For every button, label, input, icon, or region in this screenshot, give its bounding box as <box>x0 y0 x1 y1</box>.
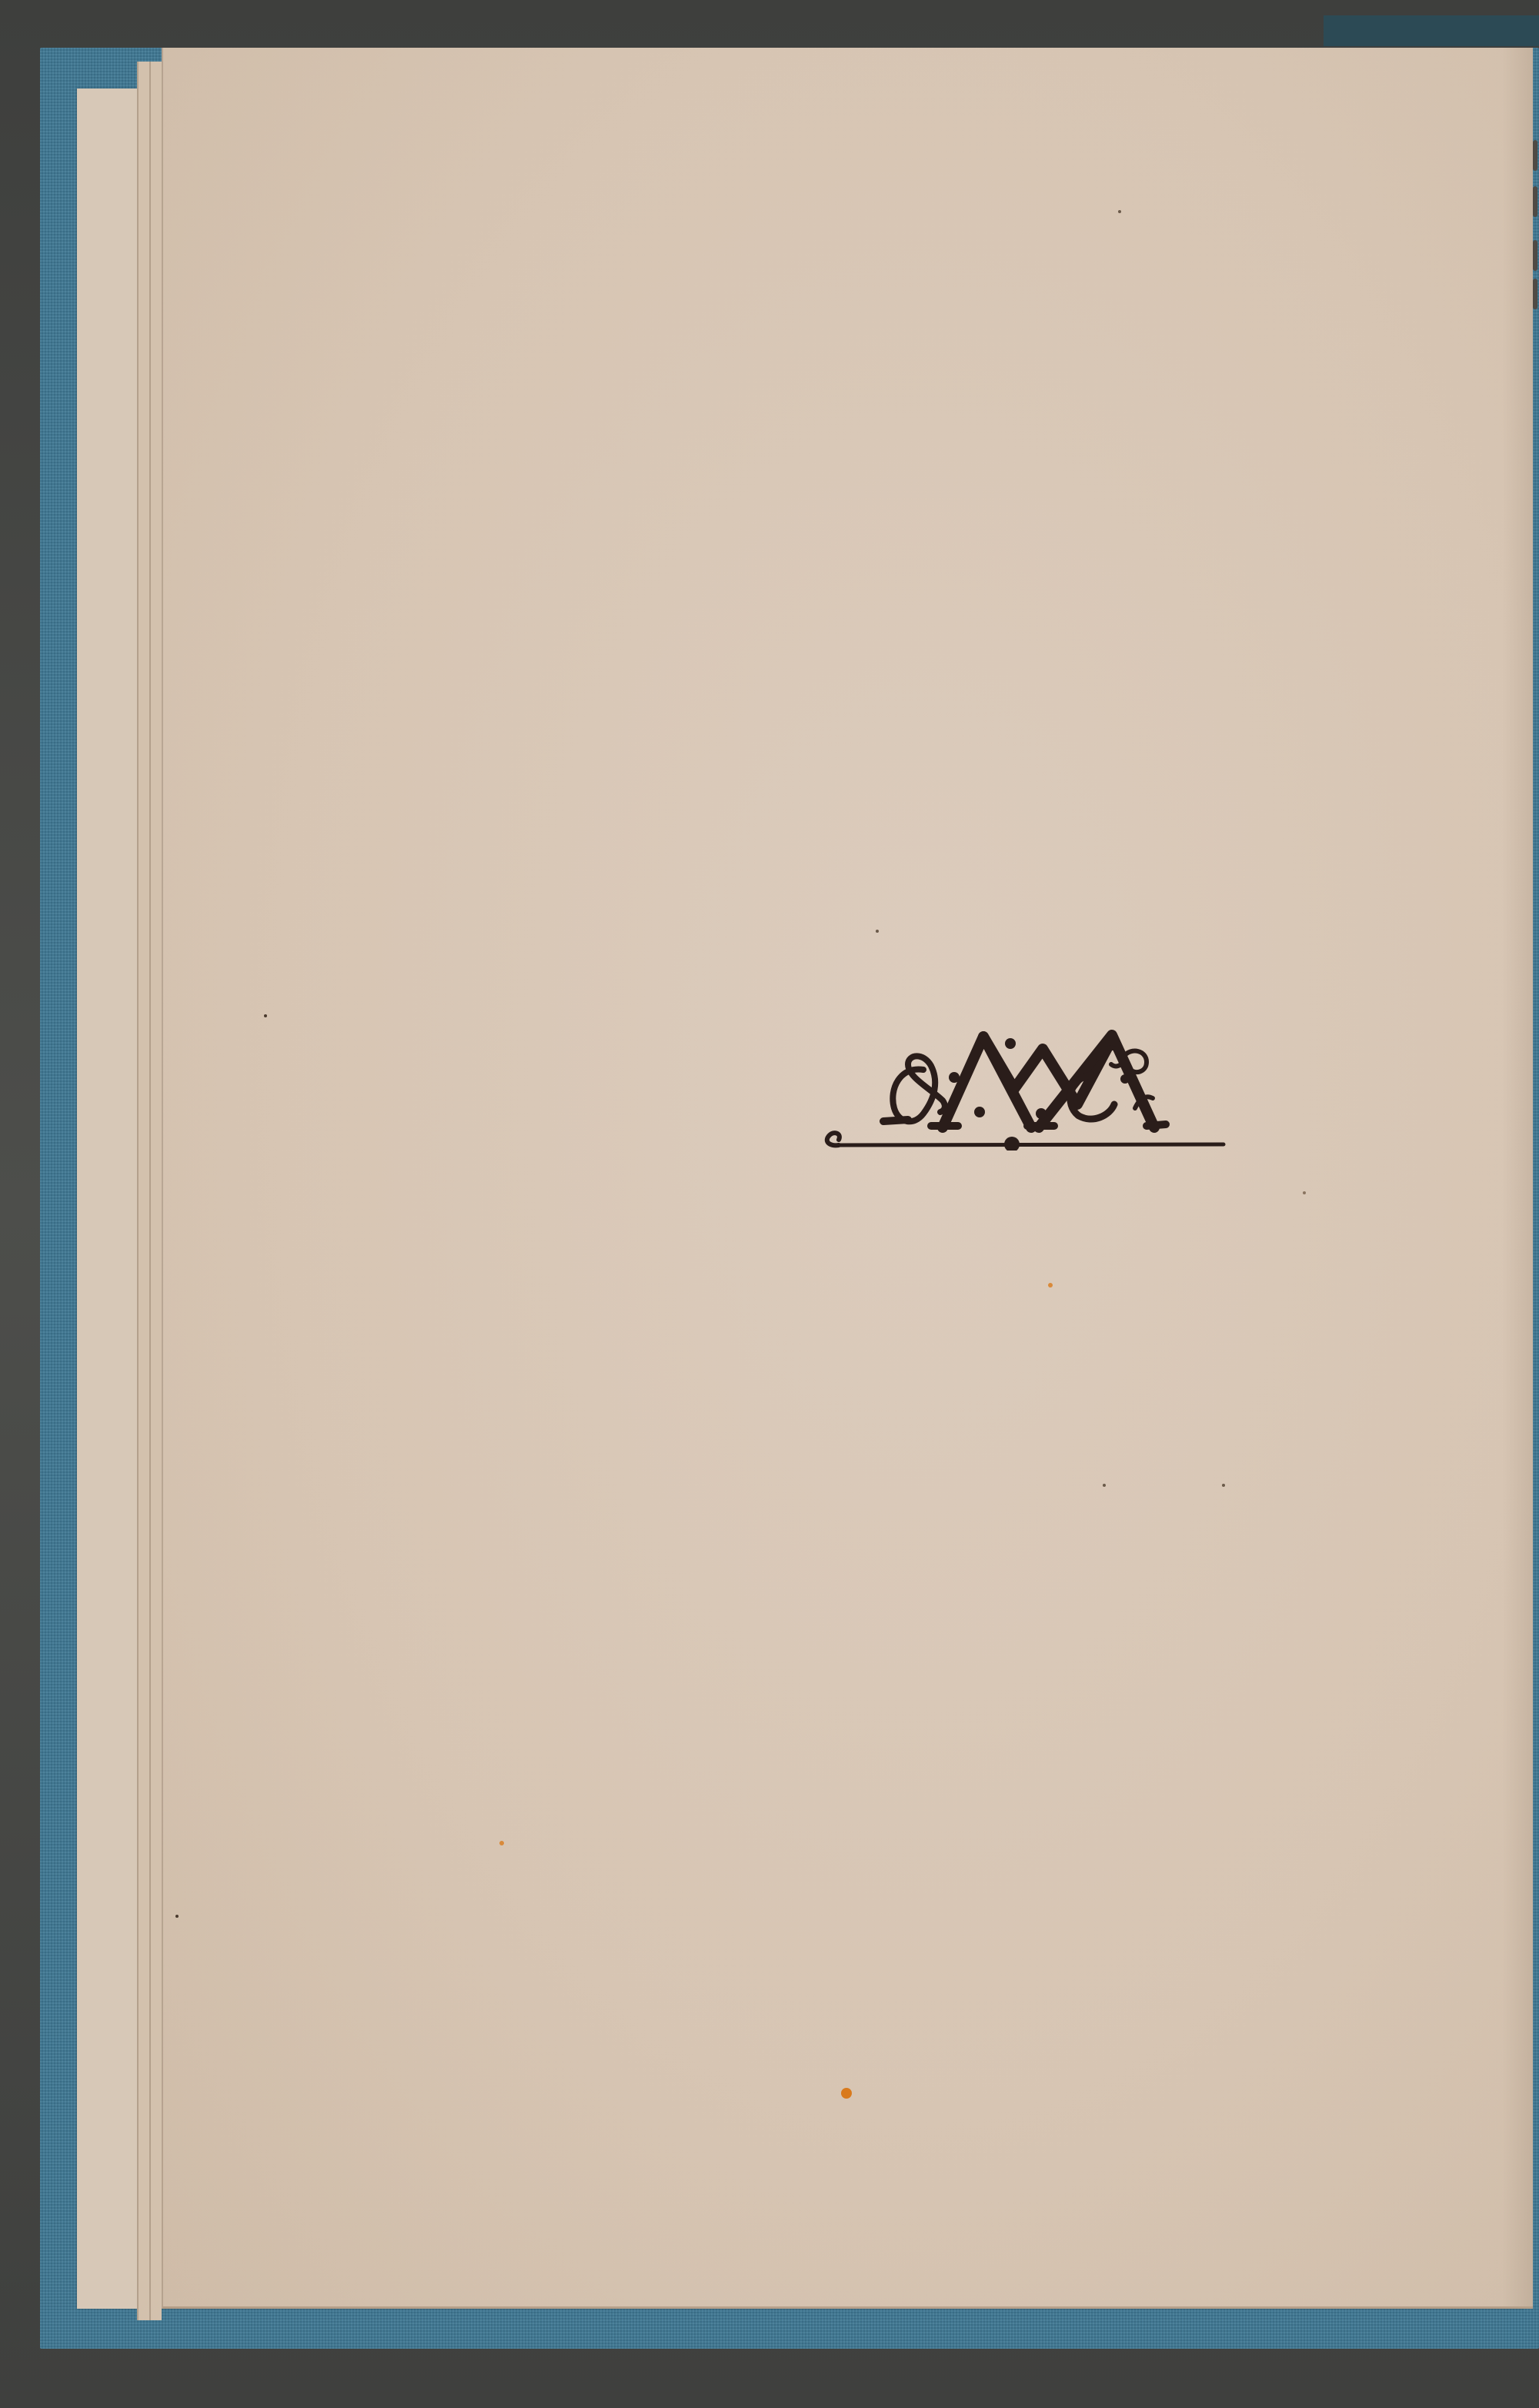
foxing-spot <box>264 1014 267 1017</box>
page-gutter-shadow <box>1502 48 1533 2306</box>
page-stack-edge <box>149 62 162 2320</box>
foxing-spot <box>499 1841 504 1845</box>
deckle-edge <box>1533 240 1537 271</box>
foxing-spot <box>1103 1484 1106 1487</box>
foxing-spot <box>1303 1191 1306 1194</box>
deckle-edge <box>1533 279 1537 309</box>
page-stack-edge <box>137 62 149 2320</box>
foxing-spot <box>1048 1283 1053 1287</box>
printers-device-monogram <box>808 1012 1239 1151</box>
page <box>162 48 1533 2309</box>
foxing-spot <box>876 930 879 933</box>
foxing-spot <box>841 2088 852 2099</box>
scanned-book-page <box>0 0 1539 2408</box>
cover-shadow <box>1324 15 1539 46</box>
foxing-spot <box>1118 210 1121 213</box>
deckle-edge <box>1533 140 1537 171</box>
foxing-spot <box>175 1915 179 1918</box>
deckle-edge <box>1533 186 1537 217</box>
foxing-spot <box>1222 1484 1225 1487</box>
